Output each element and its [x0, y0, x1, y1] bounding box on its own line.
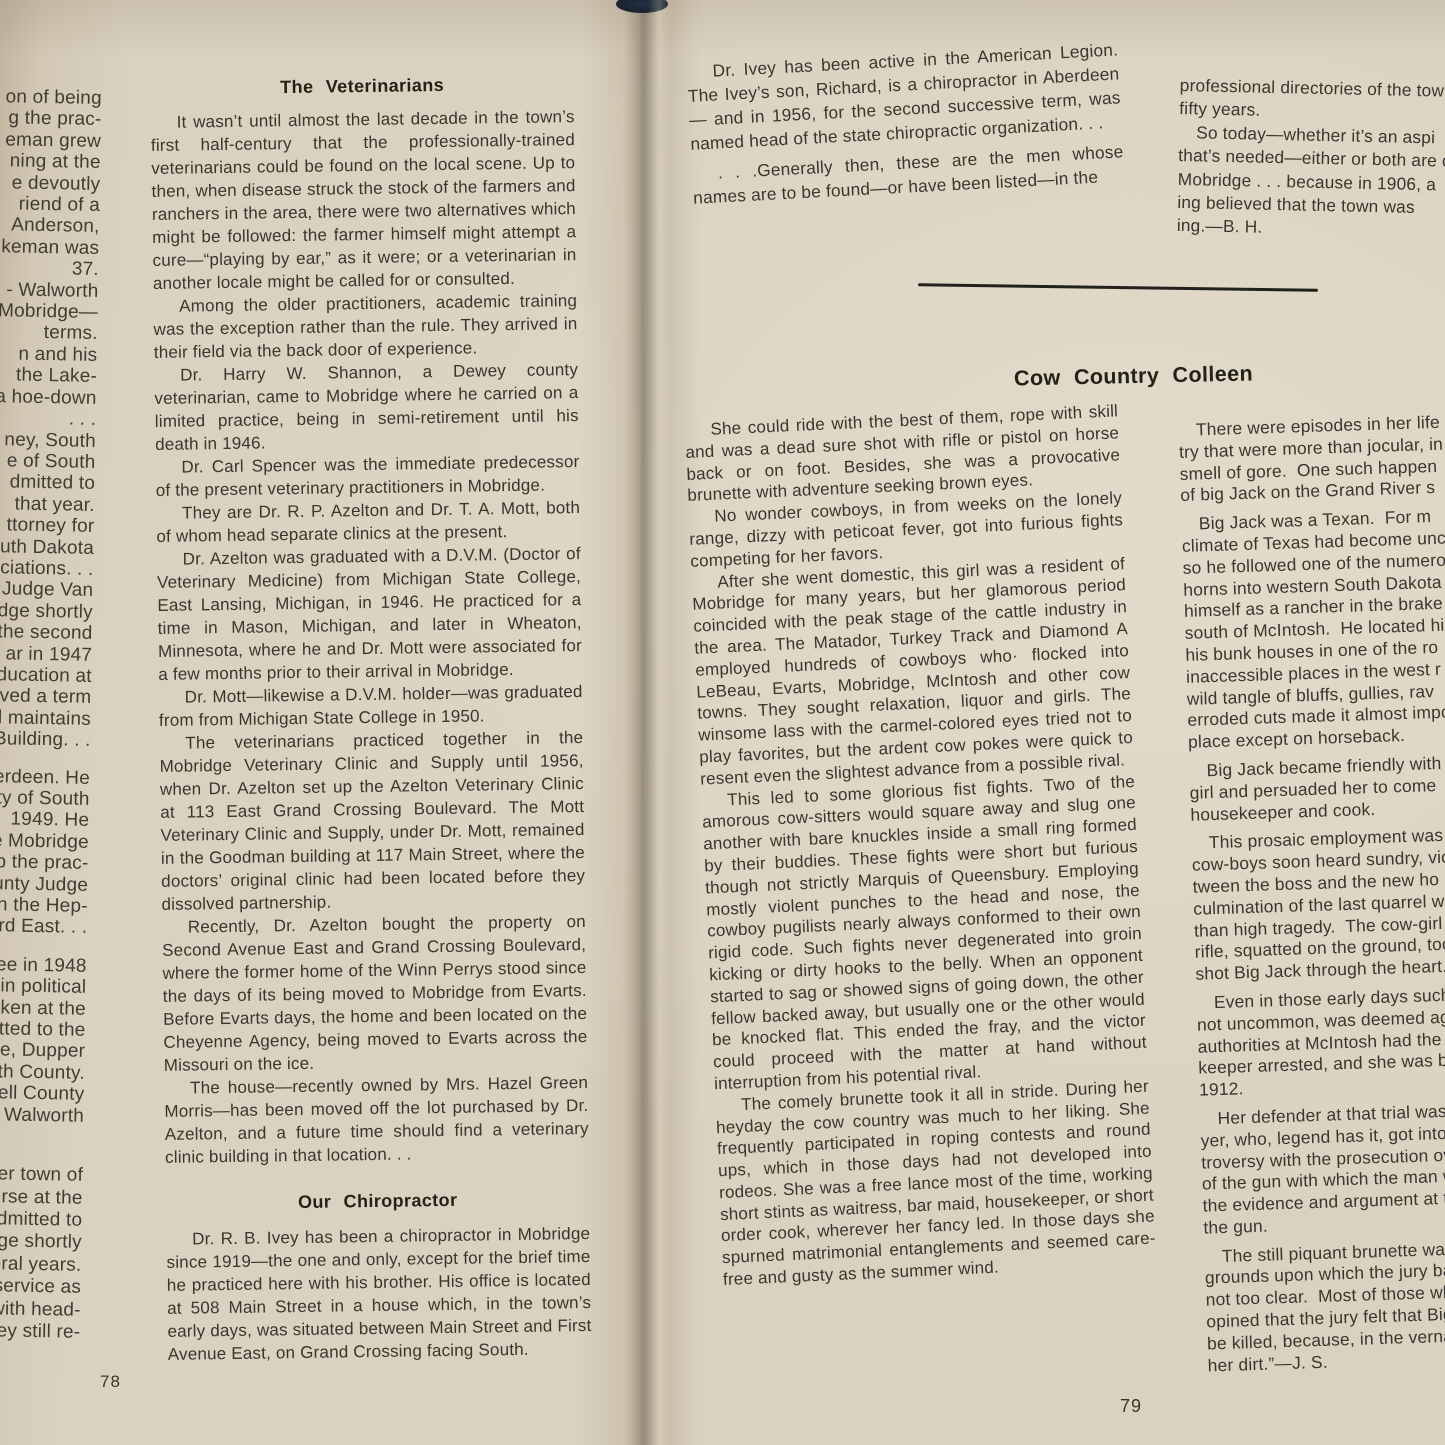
line-group: der town ofurse at theadmitted todge sho…: [0, 1160, 83, 1344]
text-line: veral years.: [0, 1250, 82, 1277]
right-page-intro-left-column: Dr. Ivey has been active in the American…: [686, 37, 1126, 215]
text-line: admitted to: [0, 1205, 82, 1232]
veterinarians-heading: The Veterinarians: [150, 72, 574, 101]
text-line: oell County: [0, 1080, 85, 1106]
paragraph: The house—recently owned by Mrs. Hazel G…: [164, 1071, 589, 1169]
text-line: dge shortly: [0, 1228, 82, 1255]
text-line: e devoutly: [0, 169, 101, 195]
text-line: ar in 1947: [0, 640, 92, 666]
paragraph: Among the older practitioners, academic …: [153, 289, 578, 364]
text-line: dmitted to: [0, 469, 95, 495]
text-line: urse at the: [0, 1183, 83, 1210]
section-divider-rule: [918, 283, 1318, 292]
line-group: on of beingg the prac-eman grewning at t…: [0, 83, 102, 751]
text-line: ken at the: [0, 994, 86, 1020]
line-group: erdeen. Hety of South1949. Hee Mobridgep…: [0, 763, 90, 939]
text-line: ved a term: [0, 683, 92, 709]
page-number-left: 78: [100, 1372, 121, 1392]
page-number-right: 79: [1120, 1396, 1142, 1417]
text-line: 1949. He: [0, 806, 89, 832]
text-line: t service as: [0, 1272, 81, 1299]
paragraph: They are Dr. R. P. Azelton and Dr. T. A.…: [156, 496, 581, 548]
text-line: ley still re-: [0, 1317, 80, 1344]
open-book-photo: on of beingg the prac-eman grewning at t…: [0, 0, 1445, 1445]
text-line: ee in 1948: [0, 951, 87, 977]
paragraph: Dr. R. B. Ivey has been a chiropractor i…: [166, 1222, 592, 1366]
text-line: in political: [0, 973, 86, 999]
text-line: n and his: [0, 340, 98, 366]
text-line: that year.: [0, 490, 95, 516]
text-line: rth County.: [0, 1058, 85, 1084]
paragraph: Dr. Harry W. Shannon, a Dewey county vet…: [154, 358, 579, 456]
text-line: - Walworth: [0, 276, 99, 302]
paragraph: Dr. Ivey has been active in the American…: [686, 37, 1122, 155]
paragraph: This led to some glorious fist fights. T…: [701, 770, 1148, 1095]
line-group: There were episodes in her lifetry that …: [1178, 410, 1445, 507]
veterinarians-body: It wasn’t until almost the last decade i…: [150, 105, 589, 1169]
text-line: g the prac-: [0, 105, 102, 131]
text-line: d maintains: [0, 704, 91, 730]
text-line: ing.—B. H.: [1177, 214, 1445, 244]
gutter-highlight: [648, 0, 670, 1445]
text-line: Judge Van: [0, 576, 93, 602]
line-group: This prosaic employment wascow-boys soon…: [1191, 823, 1445, 986]
text-line: der town of: [0, 1160, 83, 1187]
text-line: uth Dakota: [0, 533, 94, 559]
text-line: ducation at: [0, 661, 92, 687]
text-line: , with head-: [0, 1295, 81, 1322]
text-line: the Lake-: [0, 362, 97, 388]
colleen-left-column: She could ride with the best of them, ro…: [684, 400, 1157, 1291]
text-line: in the Hep-: [0, 891, 88, 917]
text-line: keman was: [0, 233, 99, 259]
colleen-right-column-cropped: There were episodes in her lifetry that …: [1178, 410, 1445, 1384]
text-line: e Walworth: [0, 1101, 84, 1127]
paragraph: The comely brunette took it all in strid…: [715, 1075, 1157, 1291]
text-line: ttorney for: [0, 511, 95, 537]
cow-country-colleen-heading: Cow Country Colleen: [1014, 362, 1253, 392]
text-line: the second: [0, 619, 93, 645]
paragraph: Dr. Azelton was graduated with a D.V.M. …: [157, 542, 583, 686]
paragraph: It wasn’t until almost the last decade i…: [150, 105, 577, 295]
text-line: ciations. . .: [0, 554, 94, 580]
text-line: Mobridge—: [0, 297, 98, 323]
left-page-cropped-column: on of beingg the prac-eman grewning at t…: [0, 83, 102, 1344]
line-group: The still piquant brunette wasgrounds up…: [1204, 1236, 1445, 1377]
paragraph: Dr. Mott—likewise a D.V.M. holder—was gr…: [158, 680, 583, 732]
text-line: dge shortly: [0, 597, 93, 623]
text-line: e of South: [0, 447, 96, 473]
chiropractor-heading: Our Chiropractor: [166, 1187, 590, 1216]
text-line: erdeen. He: [0, 763, 90, 789]
text-line: on of being: [0, 83, 102, 109]
text-line: e Mobridge: [0, 827, 89, 853]
text-line: terms.: [0, 319, 98, 345]
text-line: p the prac-: [0, 849, 89, 875]
text-line: 37.: [0, 255, 99, 281]
right-page-intro-right-column: professional directories of the towfifty…: [1177, 74, 1445, 244]
paragraph: After she went domestic, this girl was a…: [691, 553, 1134, 790]
text-line: unty Judge: [0, 870, 88, 896]
paragraph: The veterinarians practiced together in …: [159, 726, 586, 916]
text-line: Building. . .: [0, 726, 91, 752]
text-line: rd East. . .: [0, 913, 88, 939]
line-group: Big Jack was a Texan. For mclimate of Te…: [1181, 504, 1445, 754]
line-group: Her defender at that trial was ayer, who…: [1200, 1099, 1445, 1240]
line-group: ee in 1948in politicalken at theitted to…: [0, 951, 87, 1127]
chiropractor-body: Dr. R. B. Ivey has been a chiropractor i…: [166, 1222, 592, 1366]
text-line: itted to the: [0, 1015, 86, 1041]
paragraph: Dr. Carl Spencer was the immediate prede…: [155, 450, 580, 502]
text-line: ge, Dupper: [0, 1037, 85, 1063]
line-group: Big Jack became friendly with tgirl and …: [1189, 751, 1445, 826]
text-line: Anderson,: [0, 212, 100, 238]
line-group: Even in those early days suchnot uncommo…: [1196, 983, 1445, 1102]
text-line: eman grew: [0, 126, 101, 152]
text-line: ney, South: [0, 426, 96, 452]
text-line: ty of South: [0, 784, 90, 810]
text-line: riend of a: [0, 190, 100, 216]
text-line: a hoe-down: [0, 383, 97, 409]
paragraph: Recently, Dr. Azelton bought the propert…: [162, 910, 588, 1077]
text-line: ning at the: [0, 148, 101, 174]
text-line: . . .: [0, 404, 96, 430]
left-page-main-column: The Veterinarians It wasn’t until almost…: [150, 72, 592, 1366]
